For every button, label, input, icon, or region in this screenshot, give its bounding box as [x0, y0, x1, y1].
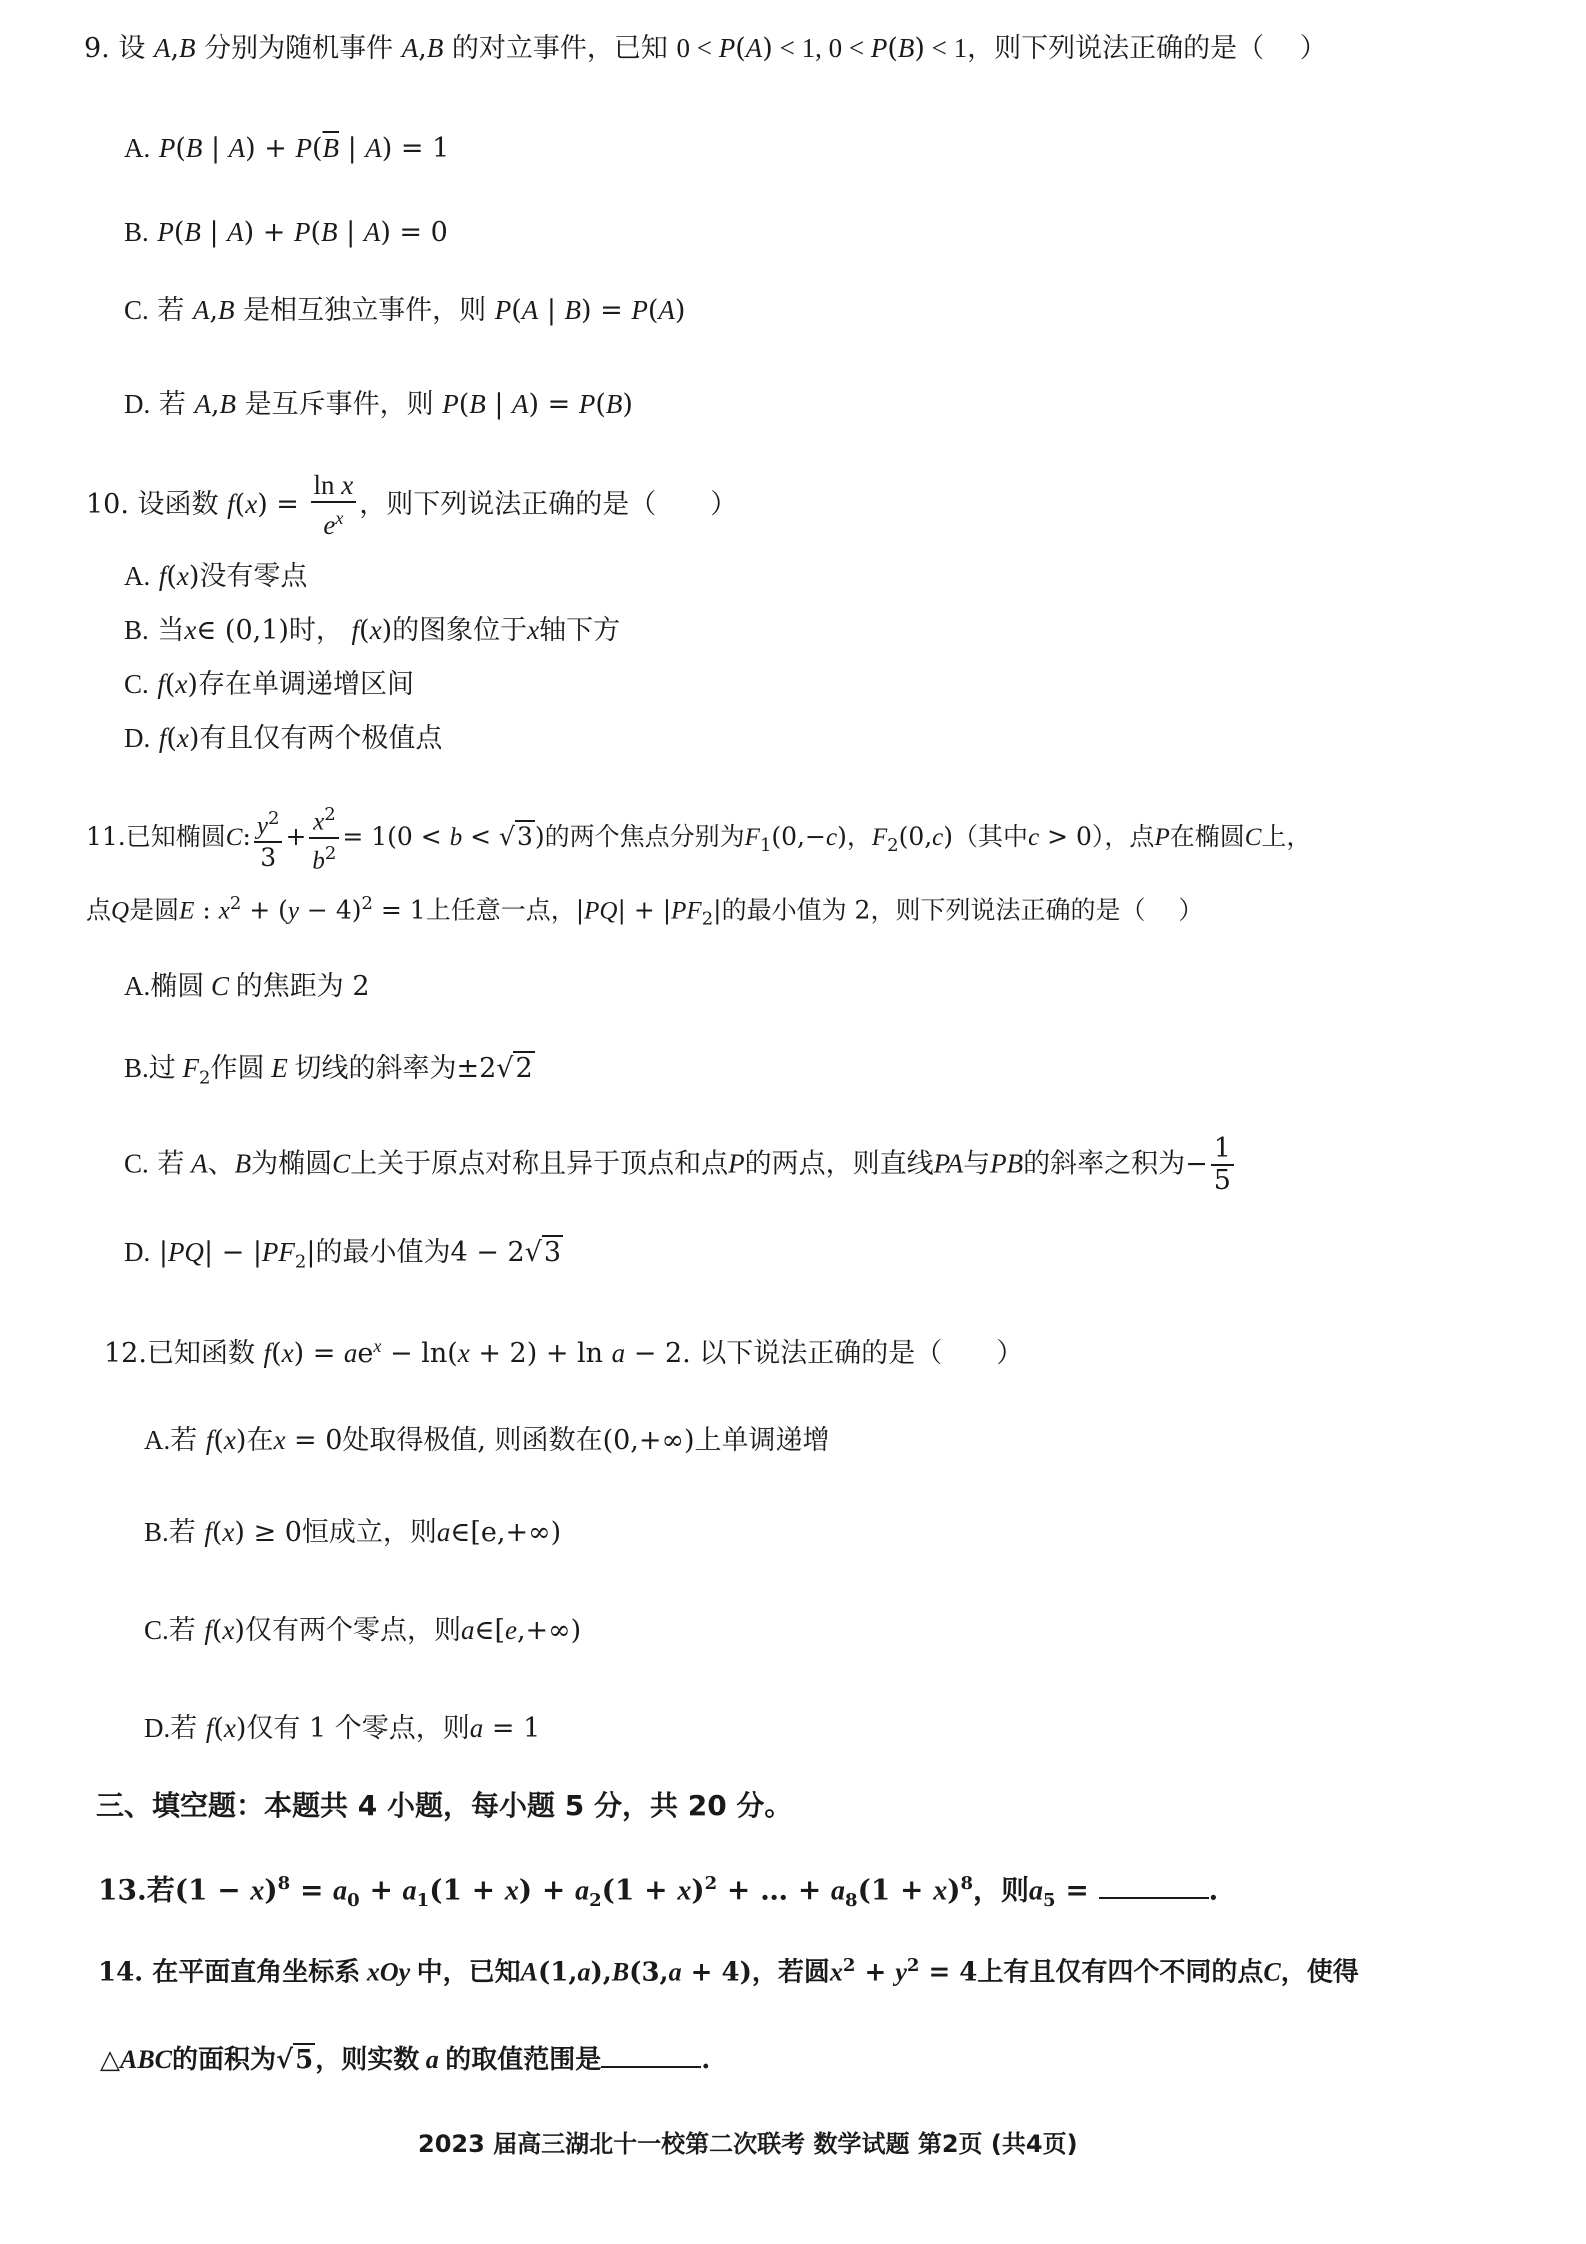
question-10-option-a: A. f(x)没有零点	[124, 556, 307, 597]
question-11-stem-line-1: 11.已知椭圆C:y23+x2b2= 1(0 < b < √3)的两个焦点分别为…	[86, 800, 1311, 877]
question-10-option-d: D. f(x)有且仅有两个极值点	[124, 718, 442, 759]
answer-blank-14[interactable]	[601, 2040, 701, 2068]
question-9-option-d: D. 若 A,B 是互斥事件，则 P(B | A) = P(B)	[124, 384, 633, 425]
question-9-stem: 9. 设 A,B 分别为随机事件 A,B 的对立事件，已知 0 < P(A) <…	[84, 28, 1327, 69]
question-11-option-a: A.椭圆 C 的焦距为 2	[124, 966, 370, 1007]
question-11-option-c: C. 若 A、B为椭圆C上关于原点对称且异于顶点和点P的两点，则直线PA与PB的…	[124, 1134, 1237, 1196]
question-12-option-c: C.若 f(x)仅有两个零点，则a∈[e,+∞)	[144, 1610, 581, 1651]
question-10-stem: 10. 设函数 f(x) = ln xex，则下列说法正确的是（ ）	[86, 470, 737, 541]
fraction-ln-x-over-e-x: ln xex	[311, 470, 357, 541]
answer-blank-13[interactable]	[1099, 1871, 1209, 1899]
section-3-title: 三、填空题：本题共 4 小题，每小题 5 分，共 20 分。	[96, 1786, 792, 1826]
page-footer: 2023 届高三湖北十一校第二次联考 数学试题 第2页 (共4页)	[418, 2124, 1078, 2164]
question-14-line-2: △ABC的面积为√5，则实数 a 的取值范围是.	[100, 2040, 710, 2080]
question-9-option-c: C. 若 A,B 是相互独立事件，则 P(A | B) = P(A)	[124, 290, 685, 331]
question-12-stem: 12.已知函数 f(x) = aex − ln(x + 2) + ln a − …	[104, 1326, 1023, 1374]
question-12-option-a: A.若 f(x)在x = 0处取得极值, 则函数在(0,+∞)上单调递增	[144, 1420, 830, 1461]
question-11-stem-line-2: 点Q是圆E : x2 + (y − 4)2 = 1上任意一点，|PQ| + |P…	[86, 884, 1203, 939]
question-12-option-b: B.若 f(x) ≥ 0恒成立，则a∈[e,+∞)	[144, 1512, 561, 1553]
question-9-option-b: B. P(B | A) + P(B | A) = 0	[124, 212, 448, 253]
question-12-option-d: D.若 f(x)仅有 1 个零点，则a = 1	[144, 1708, 540, 1749]
question-number: 9.	[84, 33, 110, 64]
question-11-option-b: B.过 F2作圆 E 切线的斜率为±2√2	[124, 1048, 535, 1098]
question-14-line-1: 14. 在平面直角坐标系 xOy 中，已知A(1,a),B(3,a + 4)，若…	[98, 1946, 1359, 1993]
question-9-option-a: A. P(B | A) + P(B | A) = 1	[124, 128, 449, 169]
question-13: 13.若(1 − x)8 = a0 + a1(1 + x) + a2(1 + x…	[98, 1864, 1218, 1921]
question-10-option-c: C. f(x)存在单调递增区间	[124, 664, 414, 705]
question-10-option-b: B. 当x∈ (0,1)时， f(x)的图象位于x轴下方	[124, 610, 620, 651]
question-11-option-d: D. |PQ| − |PF2|的最小值为4 − 2√3	[124, 1232, 563, 1282]
